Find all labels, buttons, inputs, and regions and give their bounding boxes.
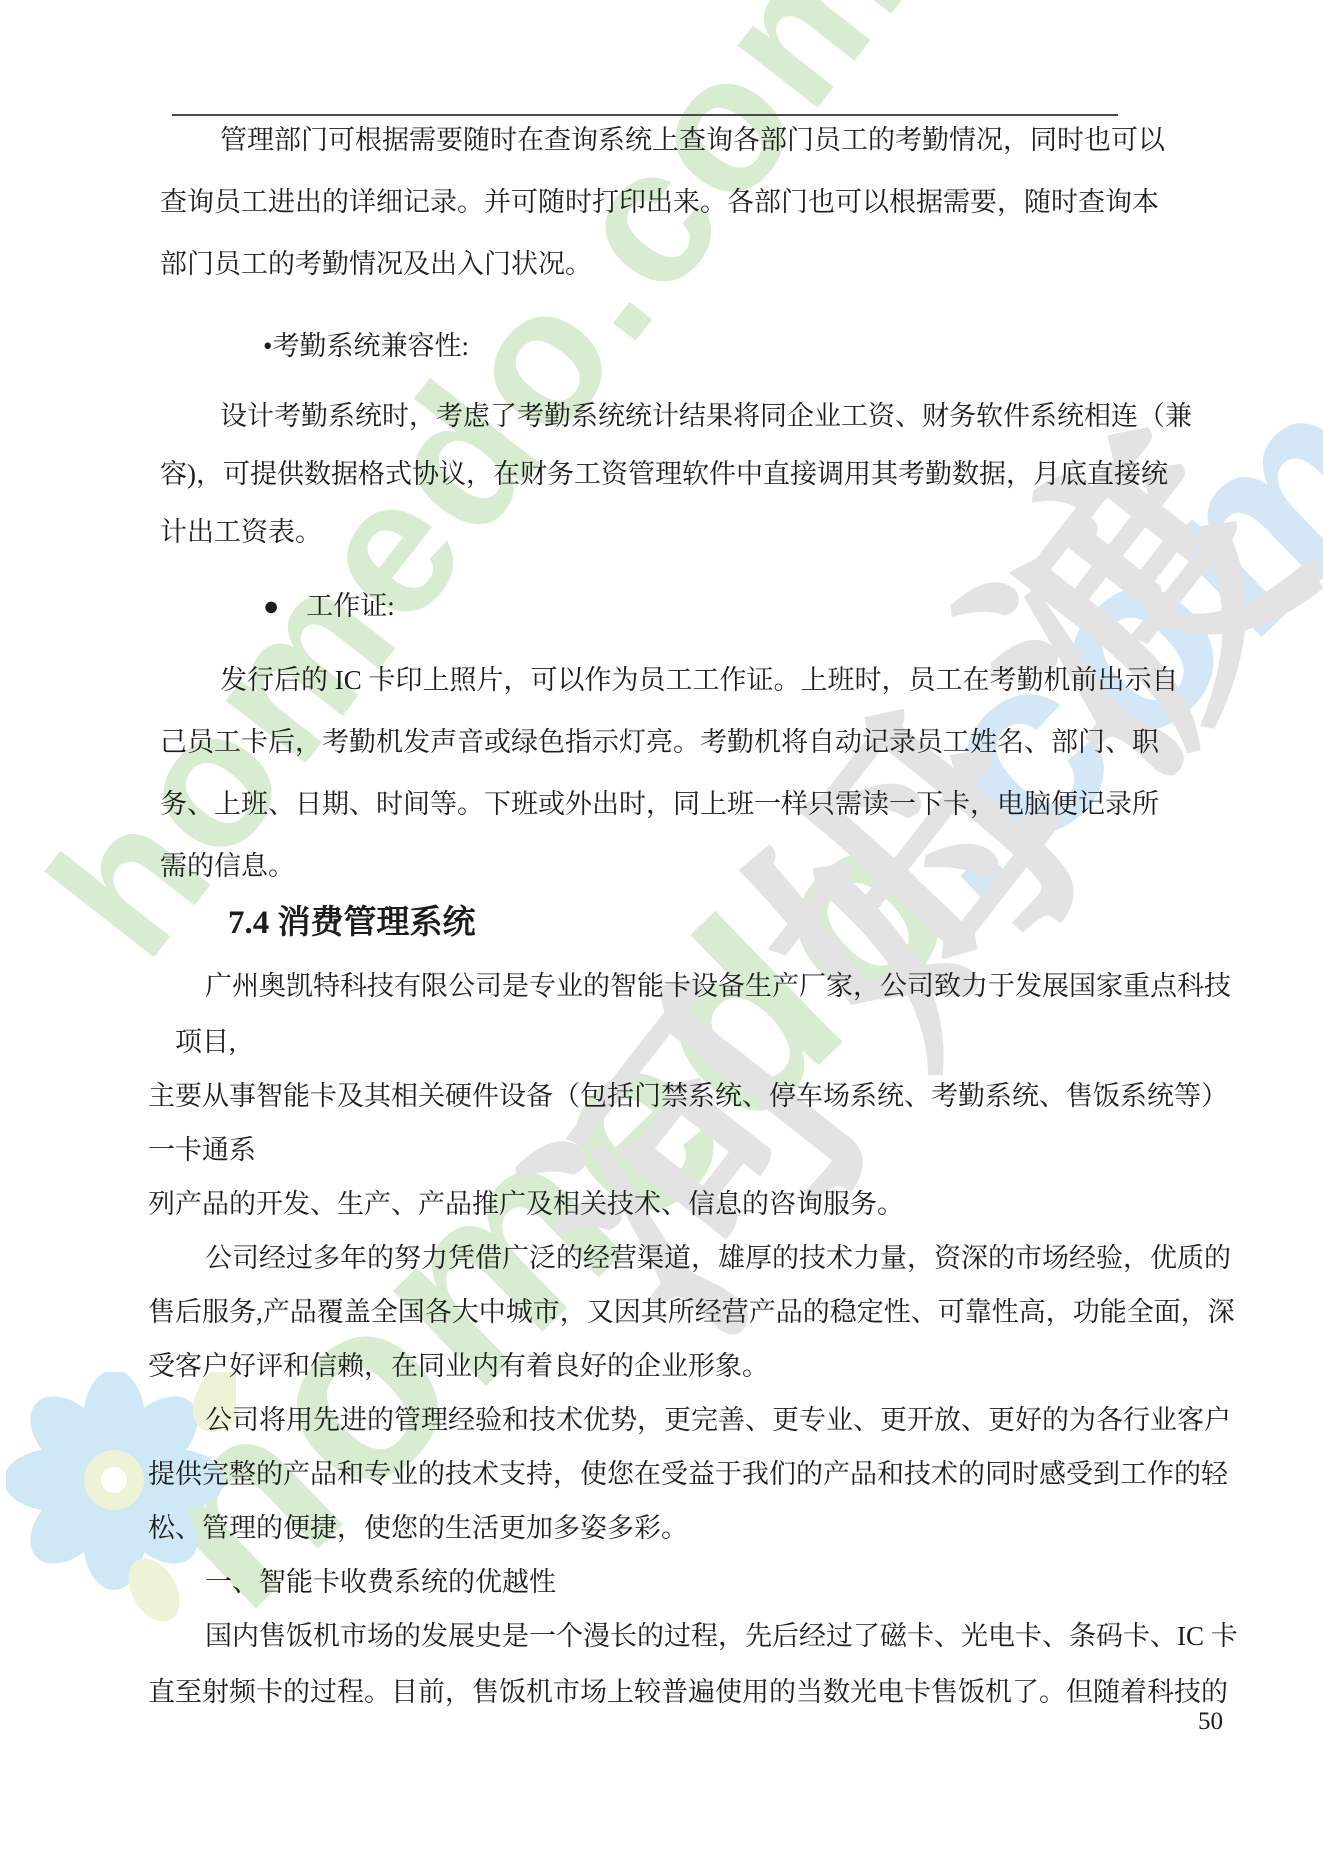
text-line: 管理部门可根据需要随时在查询系统上查询各部门员工的考勤情况，同时也可以: [220, 124, 1165, 156]
text-line: 部门员工的考勤情况及出入门状况。: [160, 248, 592, 280]
text-line: 设计考勤系统时，考虑了考勤系统统计结果将同企业工资、财务软件系统相连（兼: [220, 400, 1192, 432]
document-page: homedo.com homedo.com 河姆渡 管理部: [0, 0, 1323, 1872]
text-line: 国内售饭机市场的发展史是一个漫长的过程，先后经过了磁卡、光电卡、条码卡、IC 卡: [205, 1620, 1238, 1652]
text-line: 计出工资表。: [160, 516, 322, 548]
text-line: 发行后的 IC 卡印上照片，可以作为员工工作证。上班时，员工在考勤机前出示自: [220, 664, 1179, 696]
text-line: 售后服务,产品覆盖全国各大中城市，又因其所经营产品的稳定性、可靠性高，功能全面，…: [148, 1296, 1235, 1328]
text-line: 务、上班、日期、时间等。下班或外出时，同上班一样只需读一下卡，电脑便记录所: [160, 788, 1159, 820]
section-heading: 7.4 消费管理系统: [228, 904, 476, 944]
text-line: 需的信息。: [160, 850, 295, 882]
text-line: 提供完整的产品和专业的技术支持，使您在受益于我们的产品和技术的同时感受到工作的轻: [148, 1458, 1228, 1490]
text-line: 公司经过多年的努力凭借广泛的经营渠道，雄厚的技术力量，资深的市场经验，优质的: [205, 1242, 1231, 1274]
text-line: 查询员工进出的详细记录。并可随时打印出来。各部门也可以根据需要，随时查询本: [160, 186, 1159, 218]
text-line: 己员工卡后，考勤机发声音或绿色指示灯亮。考勤机将自动记录员工姓名、部门、职: [160, 726, 1159, 758]
document-text-layer: 管理部门可根据需要随时在查询系统上查询各部门员工的考勤情况，同时也可以查询员工进…: [0, 0, 1323, 1872]
text-line: 受客户好评和信赖，在同业内有着良好的企业形象。: [148, 1350, 769, 1382]
text-line: 容)，可提供数据格式协议，在财务工资管理软件中直接调用其考勤数据，月底直接统: [160, 458, 1168, 490]
text-line: 一卡通系: [148, 1134, 256, 1166]
text-line: 松、管理的便捷，使您的生活更加多姿多彩。: [148, 1512, 688, 1544]
text-line: 一、智能卡收费系统的优越性: [205, 1566, 556, 1598]
text-line: •考勤系统兼容性:: [263, 330, 469, 362]
text-line: 直至射频卡的过程。目前，售饭机市场上较普遍使用的当数光电卡售饭机了。但随着科技的: [148, 1676, 1228, 1708]
text-line: ● 工作证:: [263, 590, 395, 622]
text-line: 广州奥凯特科技有限公司是专业的智能卡设备生产厂家，公司致力于发展国家重点科技: [205, 970, 1231, 1002]
header-rule: [172, 114, 1118, 116]
text-line: 主要从事智能卡及其相关硬件设备（包括门禁系统、停车场系统、考勤系统、售饭系统等）: [148, 1080, 1228, 1112]
text-line: 项目,: [175, 1026, 236, 1058]
page-number: 50: [1198, 1708, 1223, 1736]
text-line: 列产品的开发、生产、产品推广及相关技术、信息的咨询服务。: [148, 1188, 904, 1220]
text-line: 公司将用先进的管理经验和技术优势，更完善、更专业、更开放、更好的为各行业客户: [205, 1404, 1231, 1436]
